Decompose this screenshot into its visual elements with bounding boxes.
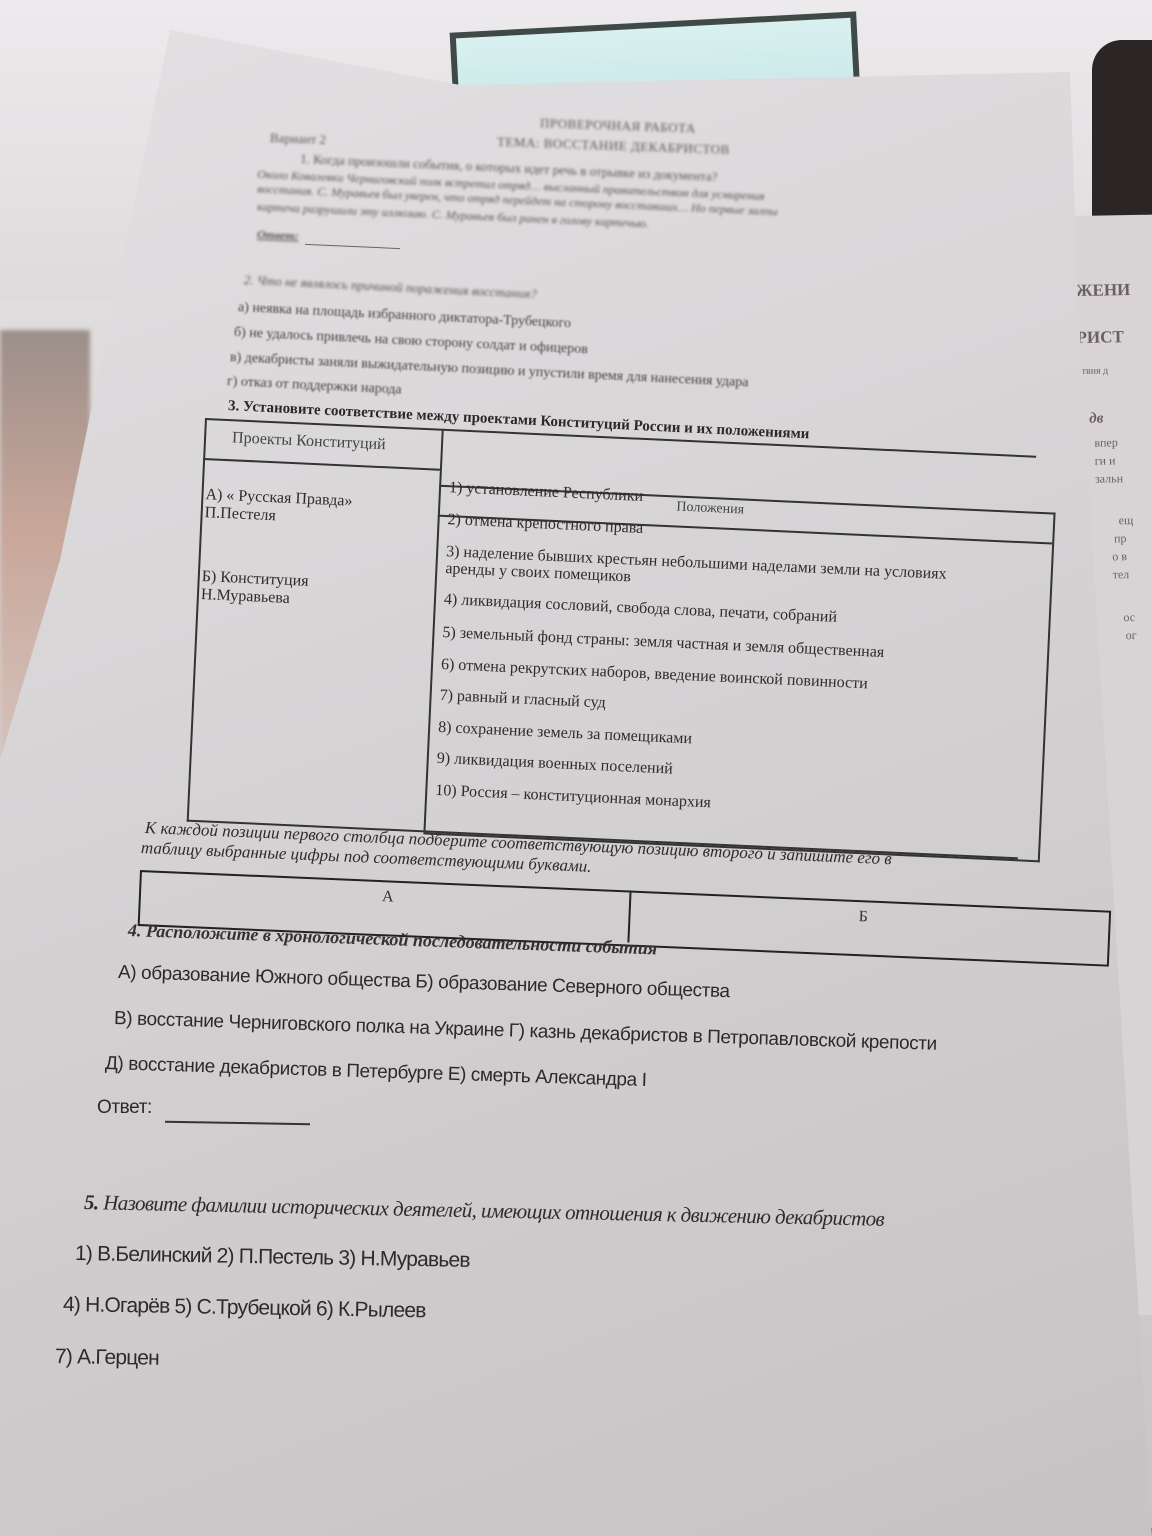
answer-table: А Б bbox=[137, 870, 1119, 975]
bg-fragment: впер bbox=[1094, 435, 1118, 450]
question-5-text: Назовите фамилии исторических деятелей, … bbox=[103, 1190, 884, 1230]
question-5-prompt: 5. Назовите фамилии исторических деятеле… bbox=[84, 1190, 885, 1232]
question-5-names-line: 1) В.Белинский 2) П.Пестель 3) Н.Муравье… bbox=[75, 1242, 470, 1273]
question-1-answer-blank[interactable] bbox=[305, 244, 400, 249]
bg-fragment: ог bbox=[1126, 628, 1137, 643]
bg-fragment: пр bbox=[1114, 531, 1127, 546]
bg-fragment: тел bbox=[1113, 567, 1130, 582]
answer-column-b[interactable]: Б bbox=[858, 908, 868, 926]
question-4-events-line: Д) восстание декабристов в Петербурге Е)… bbox=[105, 1053, 647, 1092]
question-5-names-line: 4) Н.Огарёв 5) С.Трубецкой 6) К.Рылеев bbox=[63, 1293, 426, 1323]
question-4-events-line: А) образование Южного общества Б) образо… bbox=[118, 962, 730, 1003]
bg-fragment: ги и bbox=[1095, 453, 1116, 468]
question-2-prompt: 2. Что не являлось причиной поражения во… bbox=[244, 272, 538, 302]
column-header-provisions: Положения bbox=[676, 499, 744, 518]
bg-fragment: ос bbox=[1123, 610, 1135, 625]
worksheet-topic: ТЕМА: ВОССТАНИЕ ДЕКАБРИСТОВ bbox=[497, 134, 730, 158]
question-4-events-line: В) восстание Черниговского полка на Укра… bbox=[114, 1008, 937, 1056]
bg-fragment: ЖЕНИ bbox=[1076, 280, 1131, 301]
question-5-number: 5. bbox=[84, 1190, 99, 1214]
bg-fragment: о в bbox=[1112, 549, 1127, 564]
project-a-line2: П.Пестеля bbox=[204, 504, 276, 525]
variant-label: Вариант 2 bbox=[270, 130, 327, 148]
question-4-answer-label: Ответ: bbox=[97, 1097, 152, 1119]
worksheet-title: ПРОВЕРОЧНАЯ РАБОТА bbox=[540, 115, 696, 136]
question-4-answer-blank[interactable] bbox=[165, 1121, 310, 1126]
matching-table: Проекты Конституций Положения А) « Русск… bbox=[186, 418, 1034, 875]
bg-fragment: РИСТ bbox=[1076, 327, 1124, 348]
bg-fragment: ещ bbox=[1119, 513, 1134, 528]
bg-fragment: зальн bbox=[1095, 471, 1123, 486]
worksheet: ПРОВЕРОЧНАЯ РАБОТА ТЕМА: ВОССТАНИЕ ДЕКАБ… bbox=[0, 0, 1152, 1536]
answer-column-a[interactable]: А bbox=[382, 888, 394, 906]
question-5-names-line: 7) А.Герцен bbox=[55, 1345, 159, 1371]
question-2-option: г) отказ от поддержки народа bbox=[227, 374, 402, 399]
question-1-answer-label: Ответ: bbox=[257, 227, 299, 244]
